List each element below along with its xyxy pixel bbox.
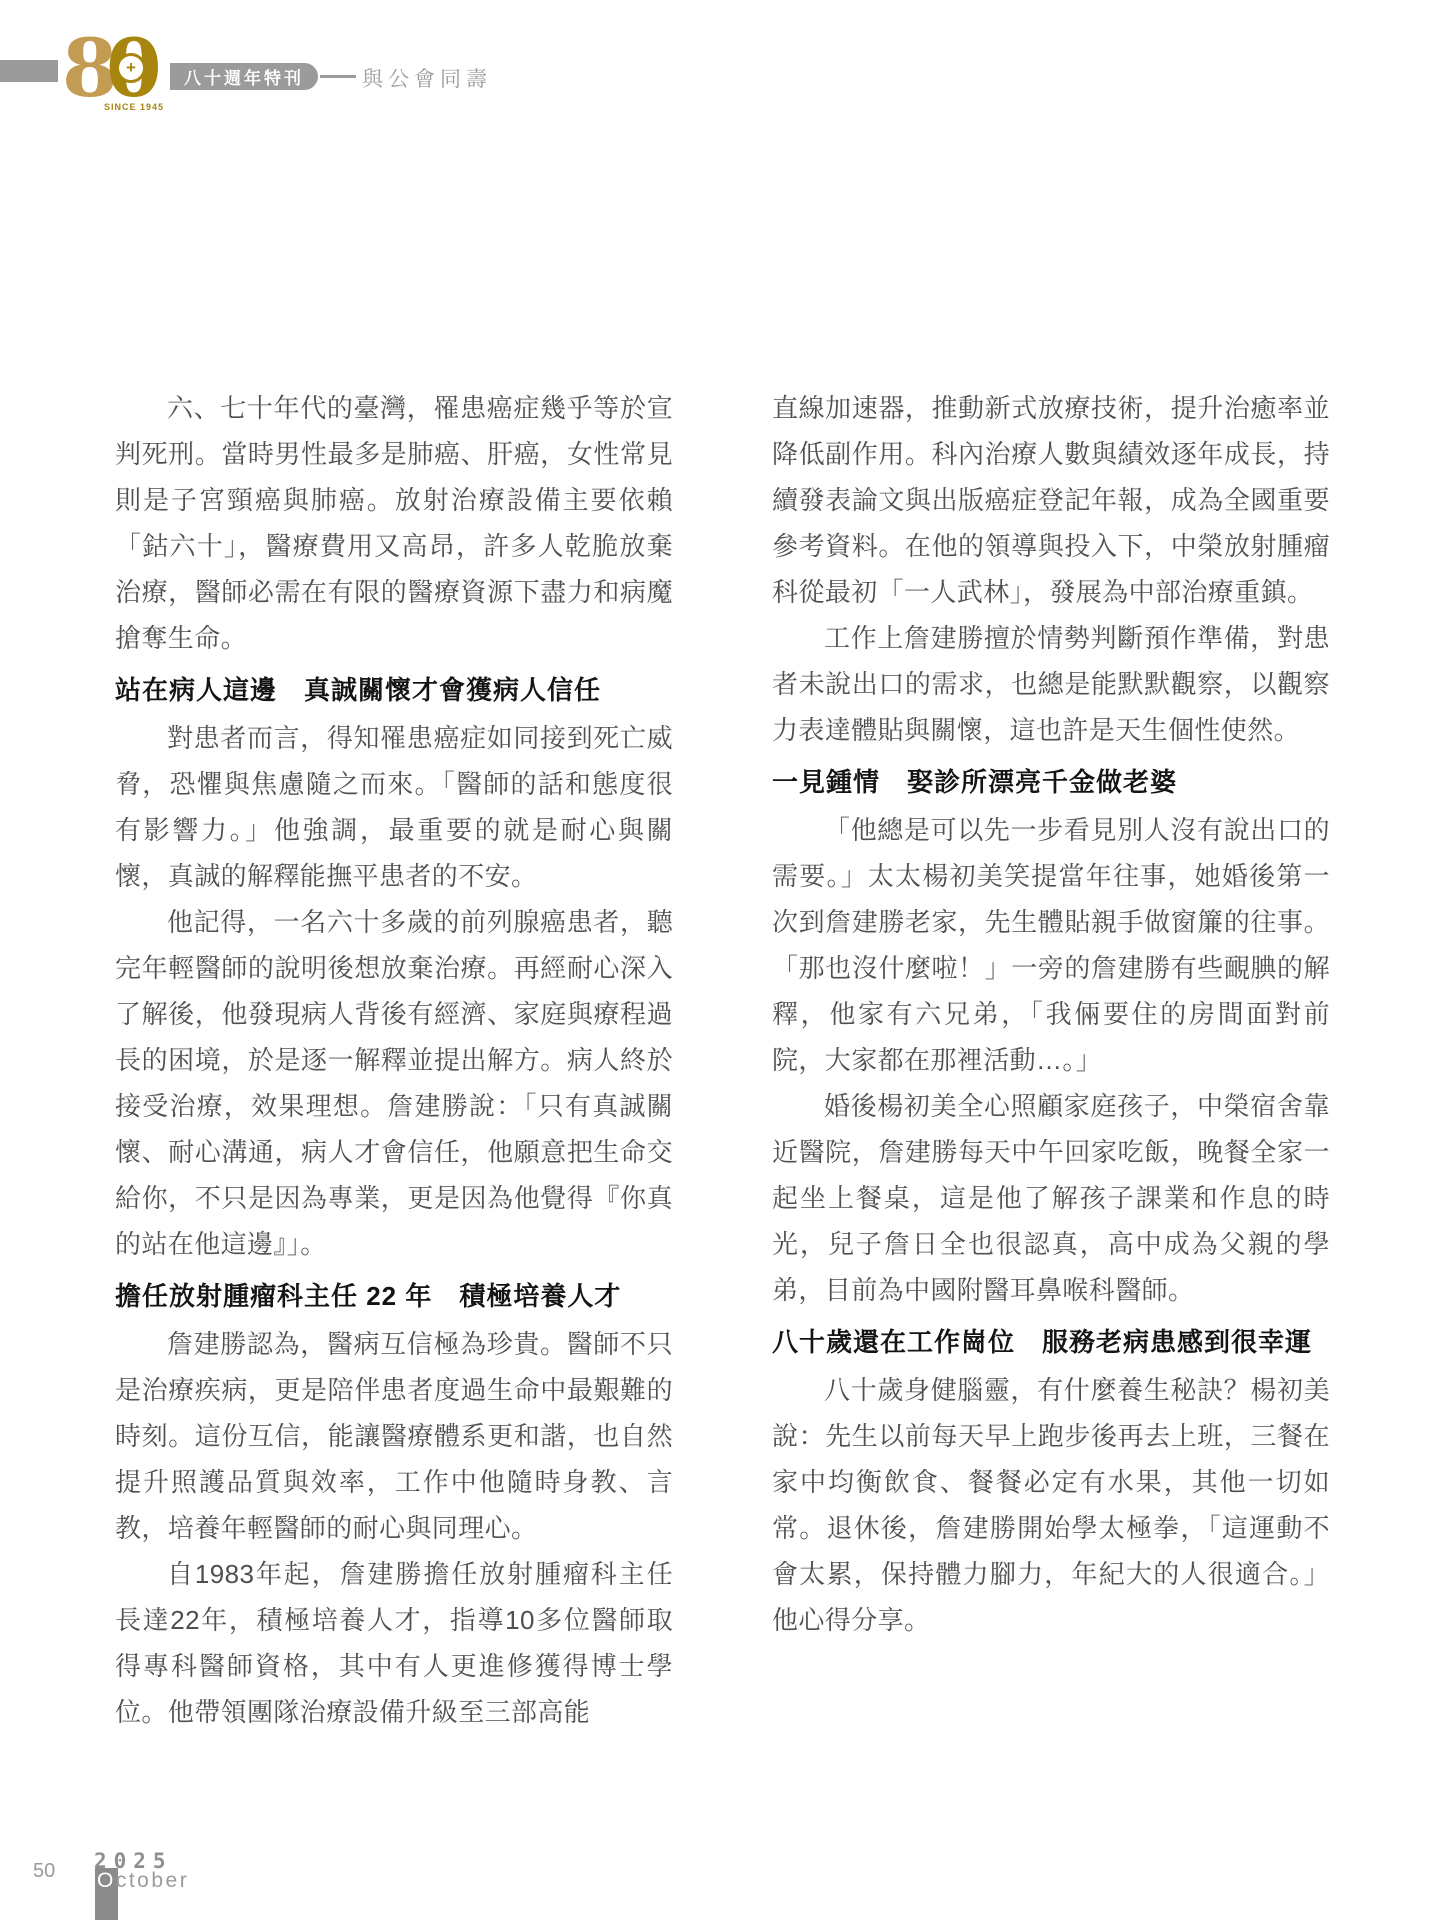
header-accent-bar — [0, 60, 58, 82]
footer-month: October — [97, 1869, 189, 1893]
section-heading: 擔任放射腫瘤科主任 22 年 積極培養人才 — [115, 1273, 673, 1319]
logo-since-text: SINCE 1945 — [104, 102, 164, 112]
badge-connector-line — [320, 75, 356, 78]
paragraph: 詹建勝認為，醫病互信極為珍貴。醫師不只是治療疾病，更是陪伴患者度過生命中最艱難的… — [115, 1321, 673, 1551]
footer-month-initial: O — [97, 1869, 116, 1892]
section-heading: 一見鍾情 娶診所漂亮千金做老婆 — [772, 759, 1330, 805]
paragraph: 他記得，一名六十多歲的前列腺癌患者，聽完年輕醫師的說明後想放棄治療。再經耐心深入… — [115, 899, 673, 1267]
paragraph: 對患者而言，得知罹患癌症如同接到死亡威脅，恐懼與焦慮隨之而來。「醫師的話和態度很… — [115, 715, 673, 899]
footer-month-rest: ctober — [116, 1869, 189, 1892]
paragraph: 直線加速器，推動新式放療技術，提升治癒率並降低副作用。科內治療人數與績效逐年成長… — [772, 385, 1330, 615]
paragraph: 婚後楊初美全心照顧家庭孩子，中榮宿舍靠近醫院，詹建勝每天中午回家吃飯，晚餐全家一… — [772, 1083, 1330, 1313]
paragraph: 自1983年起，詹建勝擔任放射腫瘤科主任長達22年，積極培養人才，指導10多位醫… — [115, 1551, 673, 1735]
paragraph: 「他總是可以先一步看見別人沒有說出口的需要。」太太楊初美笑提當年往事，她婚後第一… — [772, 807, 1330, 1083]
paragraph: 六、七十年代的臺灣，罹患癌症幾乎等於宣判死刑。當時男性最多是肺癌、肝癌，女性常見… — [115, 385, 673, 661]
section-heading: 站在病人這邊 真誠關懷才會獲病人信任 — [115, 667, 673, 713]
document-page: 8 0 + SINCE 1945 八十週年特刊 與公會同壽 六、七十年代的臺灣，… — [0, 0, 1440, 1920]
page-number: 50 — [33, 1860, 55, 1883]
paragraph: 工作上詹建勝擅於情勢判斷預作準備，對患者未說出口的需求，也總是能默默觀察，以觀察… — [772, 615, 1330, 753]
anniversary-logo: 8 0 + SINCE 1945 — [62, 36, 182, 116]
medical-cross-icon: + — [116, 53, 146, 83]
right-column: 直線加速器，推動新式放療技術，提升治癒率並降低副作用。科內治療人數與績效逐年成長… — [772, 385, 1330, 1643]
left-column: 六、七十年代的臺灣，罹患癌症幾乎等於宣判死刑。當時男性最多是肺癌、肝癌，女性常見… — [115, 385, 673, 1735]
paragraph: 八十歲身健腦靈，有什麼養生秘訣？楊初美說：先生以前每天早上跑步後再去上班，三餐在… — [772, 1367, 1330, 1643]
header-tagline: 與公會同壽 — [362, 63, 492, 93]
edition-badge: 八十週年特刊 — [170, 63, 318, 90]
section-heading: 八十歲還在工作崗位 服務老病患感到很幸運 — [772, 1319, 1330, 1365]
